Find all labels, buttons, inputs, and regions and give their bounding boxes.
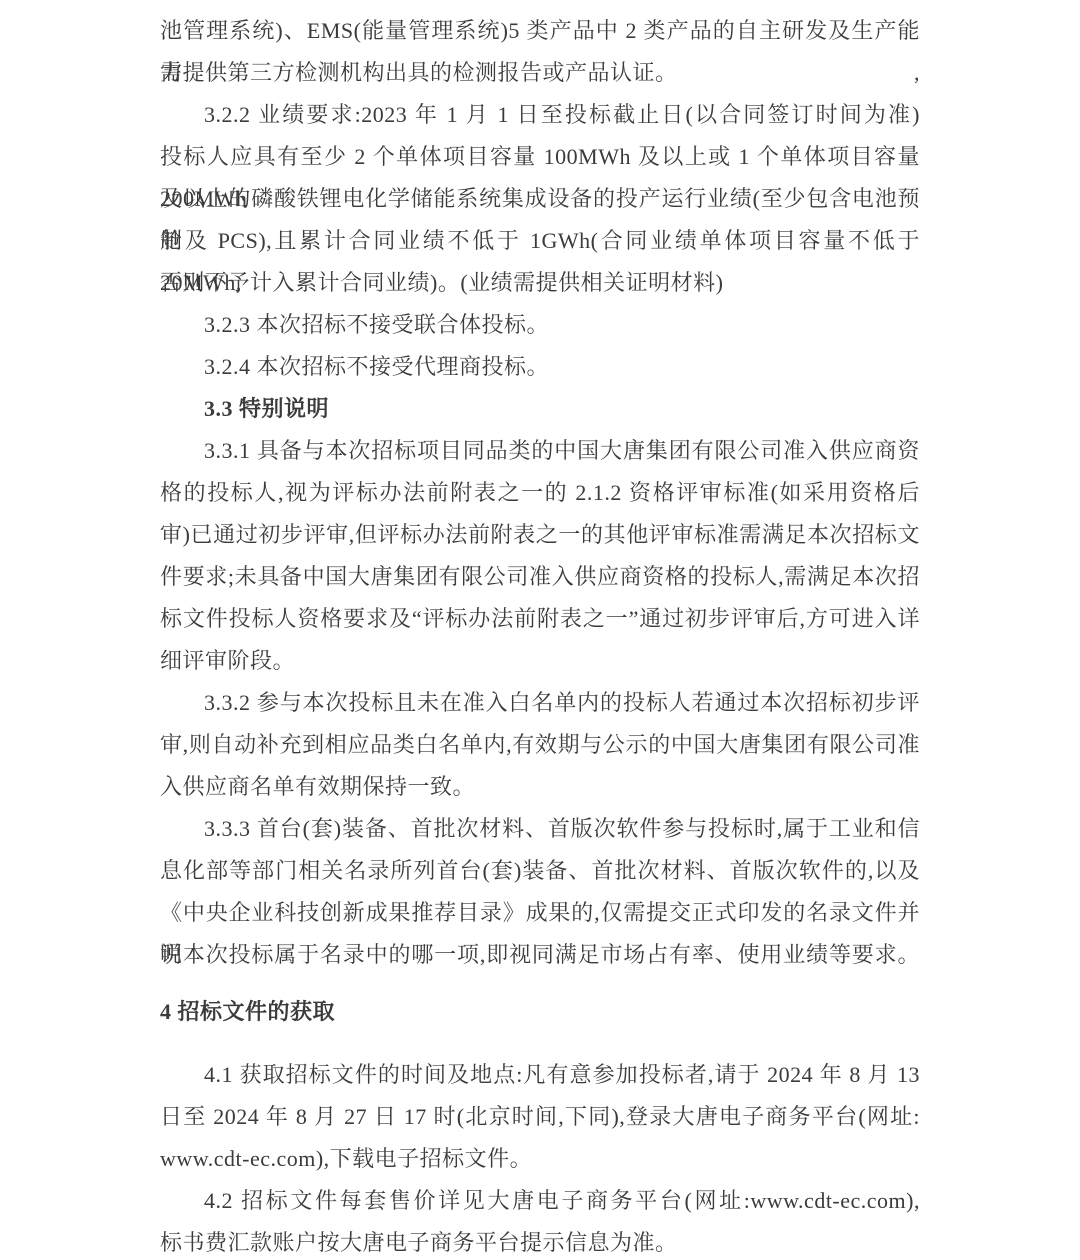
text-line: 审)已通过初步评审,但评标办法前附表之一的其他评审标准需满足本次招标文 [160, 514, 920, 556]
document-page: 池管理系统)、EMS(能量管理系统)5 类产品中 2 类产品的自主研发及生产能力… [0, 0, 1080, 1260]
text-line: 投标人应具有至少 2 个单体项目容量 100MWh 及以上或 1 个单体项目容量… [160, 136, 920, 178]
text-line: 明本次投标属于名录中的哪一项,即视同满足市场占有率、使用业绩等要求。 [160, 934, 920, 976]
text-line: 日至 2024 年 8 月 27 日 17 时(北京时间,下同),登录大唐电子商… [160, 1096, 920, 1138]
text-line: 3.3.1 具备与本次招标项目同品类的中国大唐集团有限公司准入供应商资 [160, 430, 920, 472]
text-line: 3.3.2 参与本次投标且未在准入白名单内的投标人若通过本次招标初步评 [160, 682, 920, 724]
text-line: 格的投标人,视为评标办法前附表之一的 2.1.2 资格评审标准(如采用资格后 [160, 472, 920, 514]
text-line: 细评审阶段。 [160, 640, 920, 682]
text-line: 标文件投标人资格要求及“评标办法前附表之一”通过初步评审后,方可进入详 [160, 598, 920, 640]
text-line: 审,则自动补充到相应品类白名单内,有效期与公示的中国大唐集团有限公司准 [160, 724, 920, 766]
text-line: www.cdt-ec.com),下载电子招标文件。 [160, 1138, 920, 1180]
sub-heading: 3.3 特别说明 [160, 388, 920, 430]
text-line: 3.2.2 业绩要求:2023 年 1 月 1 日至投标截止日(以合同签订时间为… [160, 94, 920, 136]
document-body: 池管理系统)、EMS(能量管理系统)5 类产品中 2 类产品的自主研发及生产能力… [0, 0, 1080, 1260]
text-line: 息化部等部门相关名录所列首台(套)装备、首批次材料、首版次软件的,以及 [160, 850, 920, 892]
text-line: 入供应商名单有效期保持一致。 [160, 766, 920, 808]
text-line: 池管理系统)、EMS(能量管理系统)5 类产品中 2 类产品的自主研发及生产能力… [160, 10, 920, 52]
text-line: 3.3.3 首台(套)装备、首批次材料、首版次软件参与投标时,属于工业和信 [160, 808, 920, 850]
text-line: 4.1 获取招标文件的时间及地点:凡有意参加投标者,请于 2024 年 8 月 … [160, 1054, 920, 1096]
section-heading: 4 招标文件的获取 [160, 991, 920, 1033]
text-line: 《中央企业科技创新成果推荐目录》成果的,仅需提交正式印发的名录文件并说 [160, 892, 920, 934]
text-line: 4.2 招标文件每套售价详见大唐电子商务平台(网址:www.cdt-ec.com… [160, 1180, 920, 1222]
text-line: 否则不予计入累计合同业绩)。(业绩需提供相关证明材料) [160, 262, 920, 304]
text-line: 3.2.3 本次招标不接受联合体投标。 [160, 304, 920, 346]
text-line: 及以上的磷酸铁锂电化学储能系统集成设备的投产运行业绩(至少包含电池预制 [160, 178, 920, 220]
text-line: 舱及 PCS),且累计合同业绩不低于 1GWh(合同业绩单体项目容量不低于 20… [160, 220, 920, 262]
text-line: 件要求;未具备中国大唐集团有限公司准入供应商资格的投标人,需满足本次招 [160, 556, 920, 598]
text-line: 标书费汇款账户按大唐电子商务平台提示信息为准。 [160, 1222, 920, 1260]
text-line: 3.2.4 本次招标不接受代理商投标。 [160, 346, 920, 388]
